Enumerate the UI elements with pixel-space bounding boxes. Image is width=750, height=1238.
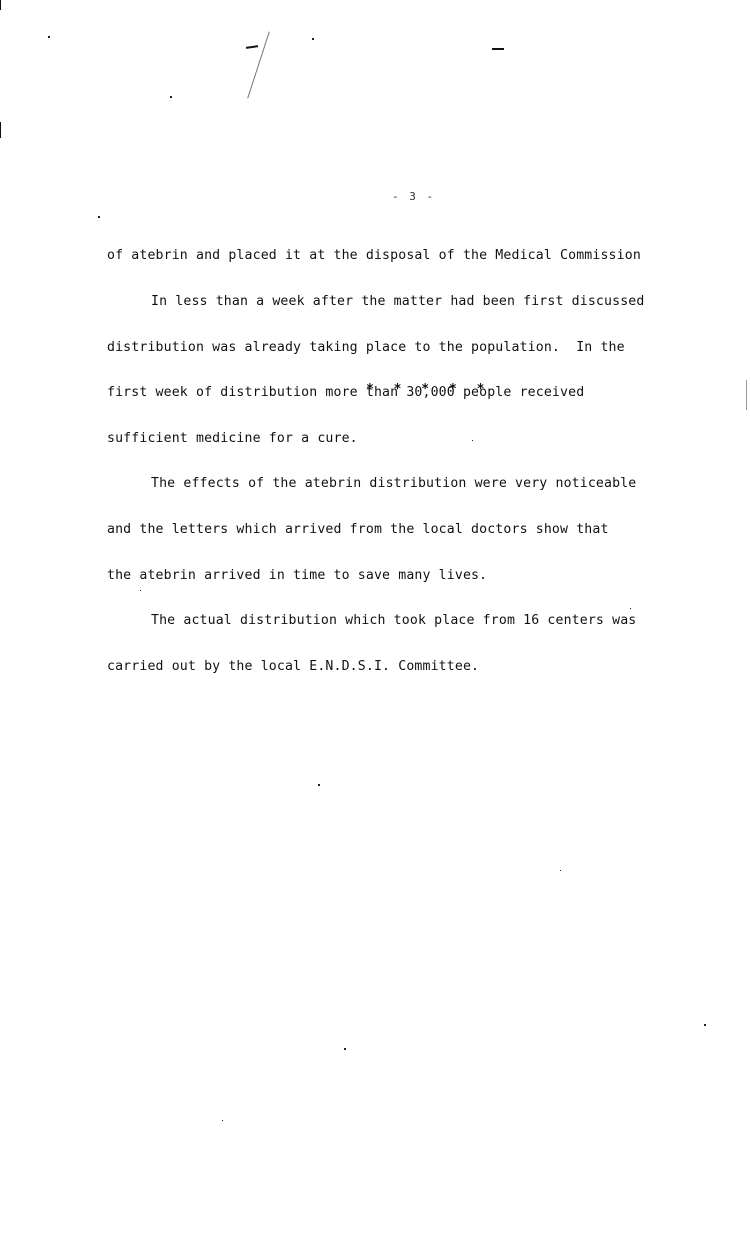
scan-artifact — [222, 1120, 223, 1121]
text-line: of atebrin and placed it at the disposal… — [107, 248, 707, 263]
text-line: the atebrin arrived in time to save many… — [107, 568, 707, 583]
scan-artifact — [312, 38, 314, 40]
scan-artifact — [0, 0, 1, 10]
text-line: distribution was already taking place to… — [107, 340, 707, 355]
scan-artifact — [170, 96, 172, 98]
scan-artifact — [704, 1024, 706, 1026]
scan-artifact — [247, 32, 270, 99]
page-number: - 3 - — [392, 190, 435, 203]
scan-artifact — [48, 36, 50, 38]
scan-artifact — [344, 1048, 346, 1050]
text-line: sufficient medicine for a cure. — [107, 431, 707, 446]
document-page: - 3 - of atebrin and placed it at the di… — [0, 0, 750, 1238]
scan-artifact — [318, 784, 320, 786]
text-line: The effects of the atebrin distribution … — [107, 476, 707, 491]
scan-artifact — [492, 48, 504, 50]
text-line: carried out by the local E.N.D.S.I. Comm… — [107, 659, 707, 674]
scan-artifact — [746, 380, 747, 410]
scan-artifact — [246, 45, 258, 49]
scan-artifact — [98, 216, 100, 218]
text-line: The actual distribution which took place… — [107, 613, 707, 628]
text-line: and the letters which arrived from the l… — [107, 522, 707, 537]
section-break: * * * * * — [366, 382, 490, 397]
body-text: of atebrin and placed it at the disposal… — [107, 218, 707, 704]
scan-artifact — [0, 122, 1, 138]
text-line: In less than a week after the matter had… — [107, 294, 707, 309]
scan-artifact — [560, 870, 561, 871]
